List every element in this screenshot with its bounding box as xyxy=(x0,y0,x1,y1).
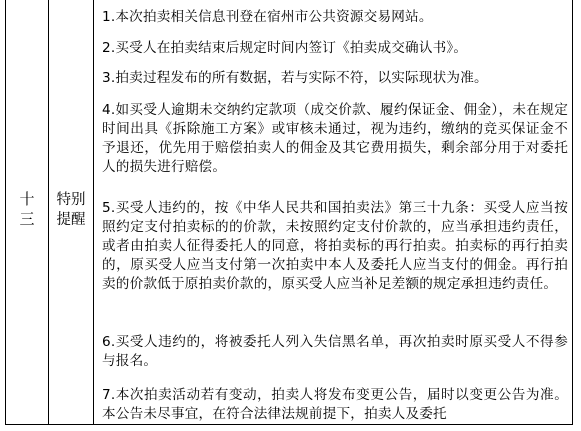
notice-item-2: 2.买受人在拍卖结束后规定时间内签订《拍卖成交确认书》。 xyxy=(102,39,568,58)
row-label-line-1: 特别 xyxy=(49,190,93,210)
notice-item-1: 1.本次拍卖相关信息刊登在宿州市公共资源交易网站。 xyxy=(102,8,568,27)
row-number: 十 三 xyxy=(6,189,48,229)
notice-item-7: 7.本次拍卖活动若有变动，拍卖人将发布变更公告，届时以变更公告为准。本公告未尽事… xyxy=(102,386,568,424)
row-number-line-1: 十 xyxy=(6,189,48,209)
row-label: 特别 提醒 xyxy=(49,190,93,230)
notice-item-6: 6.买受人违约的，将被委托人列入失信黑名单，再次拍卖时原买受人不得参与报名。 xyxy=(102,333,568,371)
row-number-line-2: 三 xyxy=(6,209,48,229)
notice-item-4: 4.如买受人逾期未交纳约定款项（成交价款、履约保证金、佣金），未在规定时间出具《… xyxy=(102,101,568,177)
row-number-cell: 十 三 xyxy=(6,0,49,424)
row-label-cell: 特别 提醒 xyxy=(49,0,94,424)
row-label-line-2: 提醒 xyxy=(49,210,93,230)
auction-notice-table: 十 三 特别 提醒 1.本次拍卖相关信息刊登在宿州市公共资源交易网站。 2.买受… xyxy=(5,0,573,425)
notice-item-5: 5.买受人违约的，按《中华人民共和国拍卖法》第三十九条：买受人应当按照约定支付拍… xyxy=(102,199,568,294)
row-content-cell: 1.本次拍卖相关信息刊登在宿州市公共资源交易网站。 2.买受人在拍卖结束后规定时… xyxy=(94,0,572,424)
notice-item-3: 3.拍卖过程发布的所有数据，若与实际不符，以实际现状为准。 xyxy=(102,69,568,88)
